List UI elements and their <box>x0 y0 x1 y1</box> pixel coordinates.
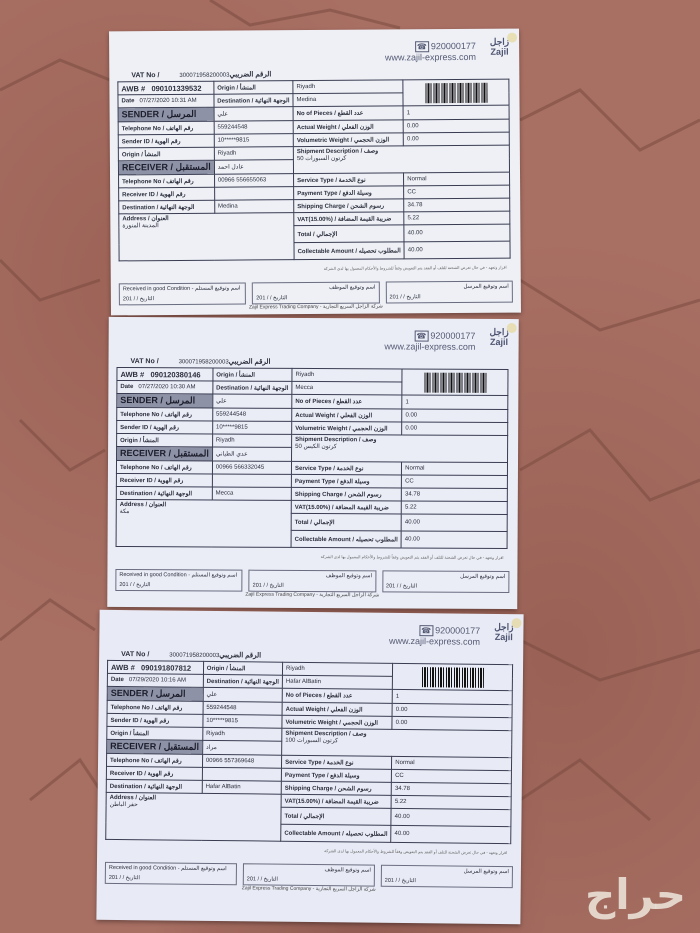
field-label: Total / الإجمالي <box>291 513 401 531</box>
date-cell: Date 07/27/2020 10:30 AM <box>117 380 213 394</box>
shipping-charge-value: 34.78 <box>391 782 511 796</box>
field-label: No of Pieces / عدد القطع <box>282 688 392 703</box>
description-value: كرتون الكيس 50 <box>295 443 504 451</box>
field-label: No of Pieces / عدد القطع <box>293 106 403 121</box>
date-value: 07/29/2020 10:16 AM <box>129 677 186 684</box>
field-label: Address / العنوانمكة <box>116 499 291 547</box>
field-label: 920000177 www.zajil-express.com <box>389 625 480 648</box>
date-value: 07/27/2020 10:31 AM <box>140 98 197 104</box>
awb-cell: AWB # 090101339532 <box>118 81 214 95</box>
sender-id-value: 10*****9815 <box>203 714 282 728</box>
waybill-1: 920000177 www.zajil-express.com زاجل Zaj… <box>109 29 521 316</box>
barcode-icon <box>424 372 486 392</box>
field-label: Destination / الوجهة النهائية <box>203 674 282 688</box>
field-label: 201 / / التاريخ <box>390 294 421 300</box>
actual-weight-value: 0.00 <box>392 703 512 717</box>
receiver-name-value: عدي الطياني <box>212 447 291 461</box>
collectable-value: 40.00 <box>401 531 507 549</box>
zajil-logo: زاجل Zajil <box>490 37 509 57</box>
field-label: 920000177 www.zajil-express.com <box>385 41 476 64</box>
barcode-cell <box>402 369 508 396</box>
receiver-destination-value: Mecca <box>212 487 291 500</box>
receiver-heading: RECEIVER / المستقبل <box>118 160 214 175</box>
field-label: AWB # <box>121 84 145 93</box>
zajil-logo: زاجل Zajil <box>489 327 508 347</box>
company-footer: Zajil Express Trading Company - شركة الز… <box>107 591 517 599</box>
receiver-heading: RECEIVER / المستقبل <box>107 739 203 754</box>
vol-weight-value: 0.00 <box>392 716 512 730</box>
pieces-value: 1 <box>403 105 509 120</box>
barcode-cell <box>403 79 509 106</box>
receiver-id-value <box>214 187 293 201</box>
receiver-phone-value: 00966 566332045 <box>212 461 291 474</box>
vat-no-value: 300071958200003 <box>179 73 229 79</box>
receiver-id-value <box>212 474 291 487</box>
waybill-3: 920000177 www.zajil-express.com زاجل Zaj… <box>96 610 523 924</box>
field-label: Received in good Condition - اسم وتوقيع … <box>119 572 237 579</box>
field-label: اسم وتوقيع الموظف <box>329 285 375 291</box>
pieces-value: 1 <box>402 395 508 410</box>
sender-name-value: علي <box>214 107 293 122</box>
awb-value: 090191807812 <box>141 663 191 673</box>
field-label: Origin / المنشأ <box>118 147 214 161</box>
receiver-signature-box: Received in good Condition - اسم وتوقيع … <box>115 569 242 592</box>
field-label: Payment Type / وسيلة الدفع <box>281 768 391 782</box>
zajil-logo: زاجل Zajil <box>494 622 513 642</box>
field-label: Shipping Charge / رسوم الشحن <box>281 781 391 795</box>
company-header: 920000177 www.zajil-express.com زاجل Zaj… <box>389 621 514 648</box>
field-label: 201 / / التاريخ <box>109 875 140 881</box>
destination-value: Hafar AlBatin <box>282 675 392 689</box>
field-label: Shipping Charge / رسوم الشحن <box>291 487 401 501</box>
logo-mark-icon <box>507 33 517 43</box>
terms-text: اقرار وتعهد - في حال تعرض الشحنة للتلف أ… <box>111 846 507 856</box>
field-label: Total / الإجمالي <box>281 807 391 825</box>
receiver-signature-box: Received in good Condition - اسم وتوقيع … <box>105 862 237 885</box>
field-label: Destination / الوجهة النهائية <box>116 486 212 500</box>
receiver-name-value: مراد <box>202 740 281 755</box>
company-phone: 920000177 <box>384 330 475 341</box>
field-label: اسم وتوقيع المرسل <box>463 284 508 290</box>
sender-heading: SENDER / المرسل <box>118 107 214 122</box>
pieces-value: 1 <box>392 689 512 704</box>
logo-mark-icon <box>511 618 521 628</box>
field-label: Telephone No / رقم الهاتف <box>106 753 202 767</box>
field-label: VAT(15.00%) / ضريبة القيمة المضافة <box>294 212 404 226</box>
field-label: Address / العنوانالمدينة المنورة <box>119 213 294 261</box>
sender-id-value: 10*****9815 <box>212 421 291 434</box>
awb-value: 090101339532 <box>151 83 201 92</box>
waybill-table: AWB # 090191807812 Origin / المنشأ Riyad… <box>105 660 513 844</box>
barcode-cell <box>393 663 513 690</box>
vol-weight-value: 0.00 <box>403 132 509 146</box>
receiver-destination-value: Medina <box>214 200 293 214</box>
field-label: Service Type / نوع الخدمة <box>294 173 404 187</box>
waybill-table: AWB # 090120380146 Origin / المنشأ Riyad… <box>116 367 509 549</box>
total-value: 40.00 <box>404 224 510 242</box>
employee-signature-box: اسم وتوقيع الموظف201 / / التاريخ <box>252 282 379 305</box>
service-type-value: Normal <box>402 462 508 476</box>
receiver-heading: RECEIVER / المستقبل <box>117 446 213 461</box>
barcode-icon <box>421 667 483 688</box>
address-value: حفر الباطن <box>110 801 278 810</box>
company-phone: 920000177 <box>385 41 476 53</box>
sender-phone-value: 559244548 <box>213 408 292 421</box>
field-label: Payment Type / وسيلة الدفع <box>294 186 404 200</box>
field-label: Shipping Charge / رسوم الشحن <box>294 199 404 213</box>
date-cell: Date 07/29/2020 10:16 AM <box>107 673 203 687</box>
field-label: No of Pieces / عدد القطع <box>292 394 402 409</box>
field-label: Volumetric Weight / الوزن الحجمي <box>282 715 392 729</box>
field-label: Zajil <box>489 337 508 347</box>
field-label: 201 / / التاريخ <box>247 876 278 882</box>
logo-mark-icon <box>507 323 517 333</box>
sender-phone-value: 559244548 <box>214 121 293 135</box>
vol-weight-value: 0.00 <box>402 422 508 436</box>
waybill-table: AWB # 090101339532 Origin / المنشأ Riyad… <box>117 79 510 262</box>
field-label: 201 / / التاريخ <box>386 583 417 589</box>
terms-text: اقرار وتعهد - في حال تعرض الشحنة للتلف أ… <box>125 265 507 274</box>
sender-origin-value: Riyadh <box>214 147 293 161</box>
field-label: 920000177 www.zajil-express.com <box>384 330 475 352</box>
terms-text: اقرار وتعهد - في حال تعرض الشحنة للتلف أ… <box>121 553 503 561</box>
field-label: Receiver ID / رقم الهوية <box>119 187 215 201</box>
field-label: 201 / / التاريخ <box>123 296 154 302</box>
field-label: Zajil <box>494 632 513 642</box>
field-label: Telephone No / رقم الهاتف <box>119 174 215 188</box>
field-label: 201 / / التاريخ <box>119 582 150 588</box>
awb-cell: AWB # 090191807812 <box>107 660 203 674</box>
field-label: 201 / / التاريخ <box>253 583 284 589</box>
service-type-value: Normal <box>392 756 512 770</box>
sender-signature-box: اسم وتوقيع المرسل201 / / التاريخ <box>381 865 513 888</box>
date-value: 07/27/2020 10:30 AM <box>138 384 195 390</box>
address-value: المدينة المنورة <box>122 221 290 229</box>
signature-row: Received in good Condition - اسم وتوقيع … <box>119 281 513 306</box>
sender-id-value: 10*****9815 <box>214 134 293 148</box>
field-label: Sender ID / رقم الهوية <box>118 134 214 148</box>
sender-origin-value: Riyadh <box>203 727 282 741</box>
vat-value: 5.22 <box>391 795 511 809</box>
field-label: Origin / المنشأ <box>107 726 203 740</box>
field-label: Destination / الوجهة النهائية <box>106 779 202 793</box>
barcode-icon <box>425 82 487 102</box>
payment-type-value: CC <box>392 769 512 783</box>
field-label: Collectable Amount / المطلوب تحصيله <box>291 530 401 548</box>
field-label: Received in good Condition - اسم وتوقيع … <box>109 865 227 872</box>
field-label: Date <box>111 677 124 683</box>
field-label: Origin / المنشأ <box>117 433 213 447</box>
receiver-signature-box: Received in good Condition - اسم وتوقيع … <box>119 282 246 305</box>
destination-value: Medina <box>293 93 403 107</box>
field-label: Shipment Description / وصفكرتون السبورات… <box>293 145 509 174</box>
field-label: AWB # <box>120 369 144 378</box>
field-label: AWB # <box>111 662 135 671</box>
field-label: Actual Weight / الوزن الفعلي <box>293 120 403 134</box>
field-label: Collectable Amount / المطلوب تحصيله <box>281 824 391 842</box>
receiver-phone-value: 00966 557369648 <box>202 754 281 768</box>
field-label: Origin / المنشأ <box>203 661 282 675</box>
receiver-phone-value: 00966 556655063 <box>214 174 293 188</box>
field-label: Destination / الوجهة النهائية <box>213 381 292 394</box>
total-value: 40.00 <box>391 808 511 826</box>
field-label: VAT(15.00%) / ضريبة القيمة المضافة <box>281 794 391 808</box>
field-label: Shipment Description / وصفكرتون الكيس 50 <box>292 434 508 462</box>
awb-cell: AWB # 090120380146 <box>117 367 213 381</box>
field-label: Sender ID / رقم الهوية <box>117 420 213 434</box>
shipping-charge-value: 34.78 <box>404 198 510 212</box>
field-label: اسم وتوقيع الموظف <box>324 867 370 873</box>
origin-value: Riyadh <box>293 80 403 94</box>
field-label: Destination / الوجهة النهائية <box>119 200 215 214</box>
field-label: 201 / / التاريخ <box>256 295 287 301</box>
vat-number: VAT No / الرقم الضريبي300071958200003 <box>121 650 261 659</box>
payment-type-value: CC <box>404 185 510 199</box>
field-label: اسم وتوقيع المرسل <box>460 574 505 580</box>
field-label: Received in good Condition - اسم وتوقيع … <box>123 286 241 293</box>
vat-value: 5.22 <box>404 211 510 225</box>
description-value: كرتون السبورات 50 <box>297 154 506 162</box>
field-label: Address / العنوانحفر الباطن <box>106 792 282 841</box>
field-label: Receiver ID / رقم الهوية <box>116 473 212 487</box>
collectable-value: 40.00 <box>404 241 510 259</box>
total-value: 40.00 <box>401 514 507 532</box>
field-label: Actual Weight / الوزن الفعلي <box>292 408 402 422</box>
date-cell: Date 07/27/2020 10:31 AM <box>118 94 214 108</box>
field-label: Telephone No / رقم الهاتف <box>107 700 203 714</box>
company-website: www.zajil-express.com <box>389 636 480 648</box>
field-label: Telephone No / رقم الهاتف <box>117 407 213 421</box>
field-label: Origin / المنشأ <box>213 368 292 381</box>
field-label: 201 / / التاريخ <box>385 878 416 884</box>
signature-row: Received in good Condition - اسم وتوقيع … <box>115 569 509 593</box>
vat-no-value: 300071958200003 <box>169 653 219 660</box>
sender-signature-box: اسم وتوقيع المرسل201 / / التاريخ <box>382 570 509 593</box>
field-label: VAT(15.00%) / ضريبة القيمة المضافة <box>291 500 401 514</box>
field-label: Service Type / نوع الخدمة <box>282 755 392 769</box>
field-label: Payment Type / وسيلة الدفع <box>291 474 401 488</box>
field-label: Receiver ID / رقم الهوية <box>106 766 202 780</box>
field-label: Service Type / نوع الخدمة <box>291 461 401 475</box>
destination-value: Mecca <box>292 381 402 395</box>
sender-name-value: علي <box>203 687 282 702</box>
sender-signature-box: اسم وتوقيع المرسل201 / / التاريخ <box>385 281 512 304</box>
employee-signature-box: اسم وتوقيع الموظف201 / / التاريخ <box>249 570 376 593</box>
field-label: Destination / الوجهة النهائية <box>214 94 293 108</box>
company-header: 920000177 www.zajil-express.com زاجل Zaj… <box>385 37 509 64</box>
field-label: Total / الإجمالي <box>294 225 404 243</box>
sender-heading: SENDER / المرسل <box>107 686 203 701</box>
service-type-value: Normal <box>404 172 510 186</box>
vat-number: VAT No / الرقم الضريبي300071958200003 <box>131 357 271 366</box>
field-label: Shipment Description / وصفكرتون السبورات… <box>282 728 512 757</box>
collectable-value: 40.00 <box>391 825 511 843</box>
field-label: Sender ID / رقم الهوية <box>107 713 203 727</box>
shipping-charge-value: 34.78 <box>402 488 508 502</box>
company-website: www.zajil-express.com <box>385 52 476 64</box>
waybill-2: 920000177 www.zajil-express.com زاجل Zaj… <box>107 317 519 609</box>
field-label: اسم وتوقيع المرسل <box>464 869 509 875</box>
field-label: Volumetric Weight / الوزن الحجمي <box>292 421 402 435</box>
field-label: Collectable Amount / المطلوب تحصيله <box>294 242 404 260</box>
receiver-id-value <box>202 767 281 781</box>
actual-weight-value: 0.00 <box>403 119 509 133</box>
field-label: Telephone No / رقم الهاتف <box>116 460 212 474</box>
receiver-destination-value: Hafar AlBatin <box>202 780 281 794</box>
sender-origin-value: Riyadh <box>212 434 291 447</box>
sender-name-value: علي <box>213 394 292 408</box>
address-value: مكة <box>120 508 288 516</box>
payment-type-value: CC <box>402 475 508 489</box>
description-value: كرتون السبورات 100 <box>285 737 508 746</box>
actual-weight-value: 0.00 <box>402 409 508 423</box>
origin-value: Riyadh <box>292 368 402 382</box>
receiver-name-value: عادل احمد <box>214 160 293 175</box>
sender-phone-value: 559244548 <box>203 701 282 715</box>
vat-no-value: 300071958200003 <box>179 359 229 365</box>
vat-value: 5.22 <box>401 501 507 515</box>
field-label: Actual Weight / الوزن الفعلي <box>282 702 392 716</box>
company-header: 920000177 www.zajil-express.com زاجل Zaj… <box>384 326 508 353</box>
field-label: Origin / المنشأ <box>214 81 293 95</box>
field-label: Zajil <box>490 47 509 57</box>
company-website: www.zajil-express.com <box>384 341 475 352</box>
employee-signature-box: اسم وتوقيع الموظف201 / / التاريخ <box>243 863 375 886</box>
awb-value: 090120380146 <box>150 370 200 379</box>
haraj-watermark: حراج <box>585 870 686 919</box>
field-label: Volumetric Weight / الوزن الحجمي <box>293 133 403 147</box>
vat-number: VAT No / الرقم الضريبي300071958200003 <box>131 70 271 79</box>
origin-value: Riyadh <box>282 662 392 676</box>
field-label: Telephone No / رقم الهاتف <box>118 121 214 135</box>
field-label: اسم وتوقيع الموظف <box>326 573 372 579</box>
field-label: Date <box>121 98 134 104</box>
field-label: Date <box>120 384 133 390</box>
sender-heading: SENDER / المرسل <box>117 393 213 408</box>
